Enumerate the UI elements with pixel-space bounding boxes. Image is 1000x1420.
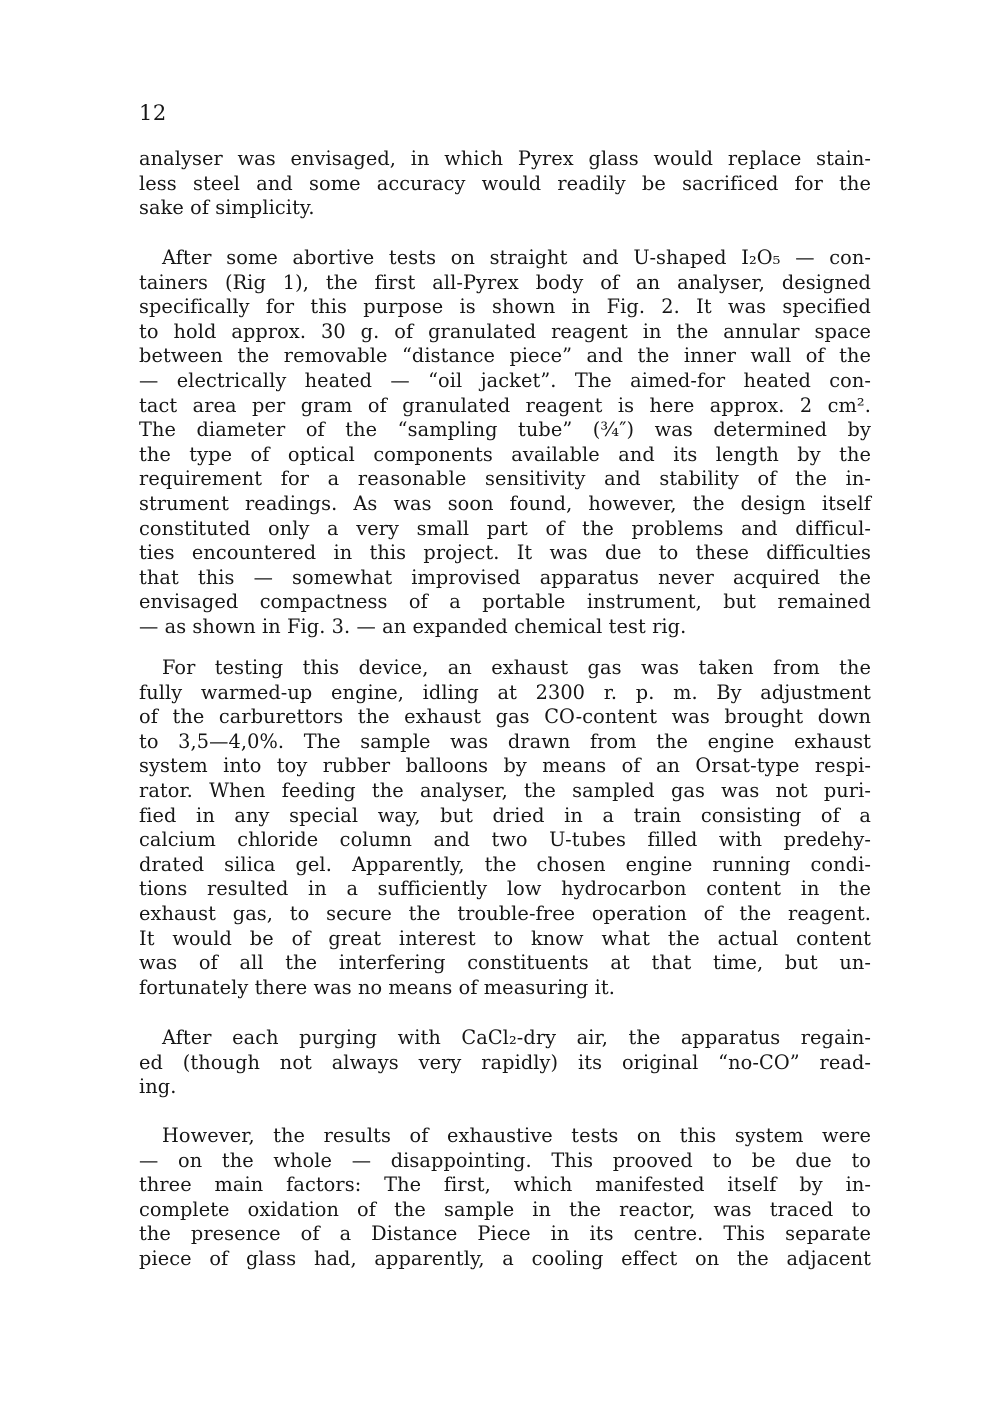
text-line: fortunately there was no means of measur… [139,976,871,1001]
text-line: the type of optical components available… [139,443,871,468]
text-line: constituted only a very small part of th… [139,517,871,542]
page-number: 12 [139,100,167,126]
text-line: After some abortive tests on straight an… [139,246,871,271]
text-line: — electrically heated — “oil jacket”. Th… [139,369,871,394]
text-line: piece of glass had, apparently, a coolin… [139,1247,871,1272]
text-line: ing. [139,1075,871,1100]
text-line: requirement for a reasonable sensitivity… [139,467,871,492]
text-line: to 3,5—4,0%. The sample was drawn from t… [139,730,871,755]
text-line: sake of simplicity. [139,196,871,221]
text-line: drated silica gel. Apparently, the chose… [139,853,871,878]
text-line: ed (though not always very rapidly) its … [139,1051,871,1076]
text-line: ties encountered in this project. It was… [139,541,871,566]
text-line: tainers (Rig 1), the first all-Pyrex bod… [139,271,871,296]
text-line: of the carburettors the exhaust gas CO-c… [139,705,871,730]
text-line: tact area per gram of granulated reagent… [139,394,871,419]
text-line: — on the whole — disappointing. This pro… [139,1149,871,1174]
text-line: It would be of great interest to know wh… [139,927,871,952]
text-line: calcium chloride column and two U-tubes … [139,828,871,853]
text-line: — as shown in Fig. 3. — an expanded chem… [139,615,871,640]
text-line: rator. When feeding the analyser, the sa… [139,779,871,804]
text-line: three main factors: The first, which man… [139,1173,871,1198]
paragraph-continuation: analyser was envisaged, in which Pyrex g… [139,147,871,221]
text-line: the presence of a Distance Piece in its … [139,1222,871,1247]
text-line: For testing this device, an exhaust gas … [139,656,871,681]
text-line: analyser was envisaged, in which Pyrex g… [139,147,871,172]
text-line: The diameter of the “sampling tube” (¾″)… [139,418,871,443]
document-page: 12 analyser was envisaged, in which Pyre… [0,0,1000,1420]
text-line: After each purging with CaCl₂-dry air, t… [139,1026,871,1051]
text-line: specifically for this purpose is shown i… [139,295,871,320]
paragraph-analyser-design: After some abortive tests on straight an… [139,246,871,640]
text-line: However, the results of exhaustive tests… [139,1124,871,1149]
paragraph-testing: For testing this device, an exhaust gas … [139,656,871,1000]
text-line: envisaged compactness of a portable inst… [139,590,871,615]
text-line: fied in any special way, but dried in a … [139,804,871,829]
text-line: complete oxidation of the sample in the … [139,1198,871,1223]
text-line: less steel and some accuracy would readi… [139,172,871,197]
text-line: that this — somewhat improvised apparatu… [139,566,871,591]
text-line: tions resulted in a sufficiently low hyd… [139,877,871,902]
text-line: fully warmed-up engine, idling at 2300 r… [139,681,871,706]
text-line: was of all the interfering constituents … [139,951,871,976]
text-line: between the removable “distance piece” a… [139,344,871,369]
text-line: system into toy rubber balloons by means… [139,754,871,779]
text-line: exhaust gas, to secure the trouble-free … [139,902,871,927]
paragraph-purging: After each purging with CaCl₂-dry air, t… [139,1026,871,1100]
paragraph-results: However, the results of exhaustive tests… [139,1124,871,1272]
text-line: strument readings. As was soon found, ho… [139,492,871,517]
text-line: to hold approx. 30 g. of granulated reag… [139,320,871,345]
